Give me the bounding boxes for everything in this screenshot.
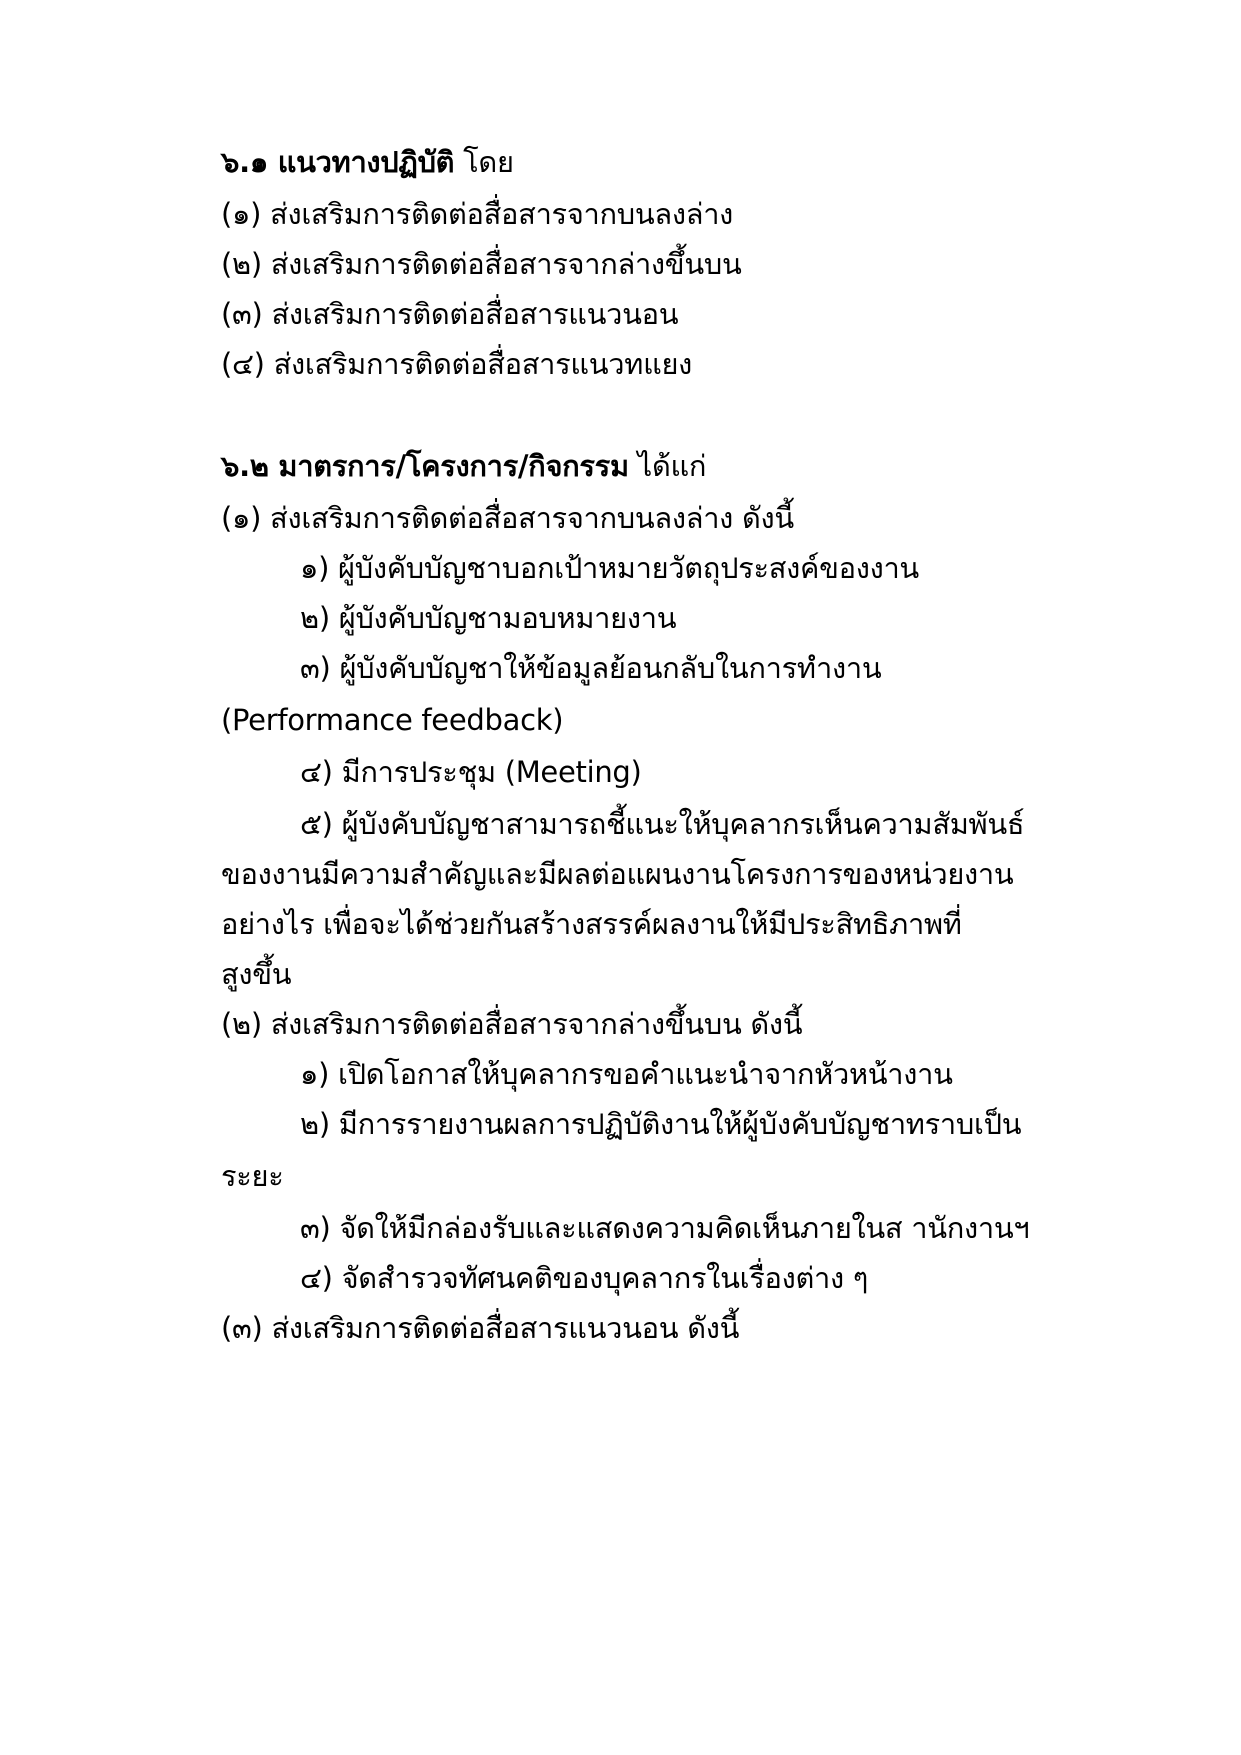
section-6-1-heading: ๖.๑ แนวทางปฏิบัติ โดย [221,142,514,182]
group-2-line-3: ๓) จัดให้มีกล่องรับและแสดงความคิดเห็นภาย… [300,1208,1029,1248]
section-6-2-heading: ๖.๒ มาตรการ/โครงการ/กิจกรรม ได้แก่ [221,446,706,486]
group-1-line-5-cont-2: อย่างไร เพื่อจะได้ช่วยกันสร้างสรรค์ผลงาน… [221,904,962,944]
group-1-line-2: ๒) ผู้บังคับบัญชามอบหมายงาน [300,598,676,638]
section-6-2-title: ๖.๒ มาตรการ/โครงการ/กิจกรรม [221,449,629,483]
group-2-title: (๒) ส่งเสริมการติดต่อสื่อสารจากล่างขึ้นบ… [221,1004,802,1044]
group-1-line-5-cont-3: สูงขึ้น [221,954,291,994]
section-6-1-item-1: (๑) ส่งเสริมการติดต่อสื่อสารจากบนลงล่าง [221,194,733,234]
group-1-line-1: ๑) ผู้บังคับบัญชาบอกเป้าหมายวัตถุประสงค์… [300,548,919,588]
section-6-2-suffix: ได้แก่ [629,449,706,483]
group-1-line-3: ๓) ผู้บังคับบัญชาให้ข้อมูลย้อนกลับในการท… [300,648,881,688]
document-page: ๖.๑ แนวทางปฏิบัติ โดย (๑) ส่งเสริมการติด… [0,0,1241,1755]
section-6-1-title: ๖.๑ แนวทางปฏิบัติ [221,145,454,179]
group-2-line-4: ๔) จัดสำรวจทัศนคติของบุคลากรในเรื่องต่าง… [300,1258,868,1298]
group-3-title: (๓) ส่งเสริมการติดต่อสื่อสารแนวนอน ดังนี… [221,1308,739,1348]
group-1-line-4: ๔) มีการประชุม (Meeting) [300,752,642,792]
group-1-line-5-cont-1: ของงานมีความสำคัญและมีผลต่อแผนงานโครงการ… [221,854,1013,894]
section-6-1-suffix: โดย [454,145,513,179]
section-6-1-item-2: (๒) ส่งเสริมการติดต่อสื่อสารจากล่างขึ้นบ… [221,244,741,284]
section-6-1-item-3: (๓) ส่งเสริมการติดต่อสื่อสารแนวนอน [221,294,678,334]
group-2-line-2-cont: ระยะ [221,1156,284,1196]
group-2-line-1: ๑) เปิดโอกาสให้บุคลากรขอคำแนะนำจากหัวหน้… [300,1054,953,1094]
group-1-title: (๑) ส่งเสริมการติดต่อสื่อสารจากบนลงล่าง … [221,498,794,538]
group-1-line-3-cont: (Performance feedback) [221,700,563,740]
group-1-line-5: ๕) ผู้บังคับบัญชาสามารถชี้แนะให้บุคลากรเ… [300,804,1024,844]
section-6-1-item-4: (๔) ส่งเสริมการติดต่อสื่อสารแนวทแยง [221,344,692,384]
group-2-line-2: ๒) มีการรายงานผลการปฏิบัติงานให้ผู้บังคั… [300,1104,1021,1144]
